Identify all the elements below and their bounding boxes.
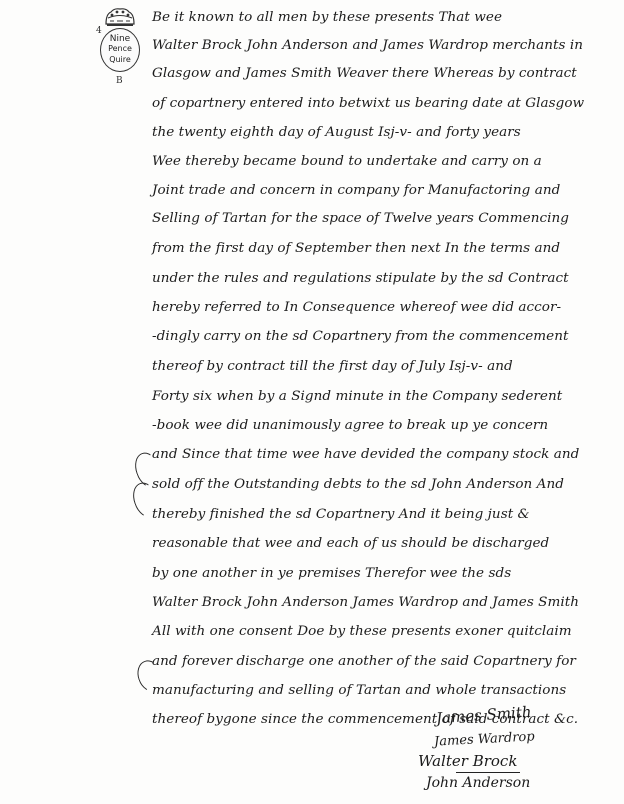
body-line: Selling of Tartan for the space of Twelv… bbox=[152, 211, 607, 226]
crown-icon bbox=[102, 6, 138, 28]
signature-underline bbox=[456, 772, 520, 773]
document-page: 4 Nine Pence Quire B Be it known to all … bbox=[0, 0, 624, 804]
body-line: Wee thereby became bound to undertake an… bbox=[152, 154, 607, 169]
body-line: Walter Brock John Anderson James Wardrop… bbox=[152, 595, 607, 610]
body-line: Forty six when by a Signd minute in the … bbox=[152, 389, 607, 404]
body-line: hereby referred to In Consequence whereo… bbox=[152, 300, 607, 315]
body-line: reasonable that wee and each of us shoul… bbox=[152, 536, 607, 551]
body-line: Walter Brock John Anderson and James War… bbox=[152, 38, 607, 53]
body-line: Glasgow and James Smith Weaver there Whe… bbox=[152, 66, 607, 81]
signature-john-anderson: John Anderson bbox=[426, 775, 530, 791]
body-line: thereof by contract till the first day o… bbox=[152, 359, 607, 374]
body-line: the twenty eighth day of August Isj-v- a… bbox=[152, 125, 607, 140]
body-line: sold off the Outstanding debts to the sd… bbox=[152, 477, 607, 492]
body-line: Joint trade and concern in company for M… bbox=[152, 183, 607, 198]
stamp-line-2: Pence bbox=[101, 44, 139, 54]
stamp-line-3: Quire bbox=[101, 55, 139, 65]
body-line: by one another in ye premises Therefor w… bbox=[152, 566, 607, 581]
signature-walter-brock: Walter Brock bbox=[418, 752, 517, 770]
body-line: and forever discharge one another of the… bbox=[152, 654, 607, 669]
body-line: -book wee did unanimously agree to break… bbox=[152, 418, 607, 433]
stamp-disc: Nine Pence Quire bbox=[100, 28, 140, 72]
body-line: under the rules and regulations stipulat… bbox=[152, 271, 607, 286]
stamp-letter: B bbox=[116, 76, 123, 86]
signature-james-wardrop: James Wardrop bbox=[434, 729, 535, 749]
body-line: thereby finished the sd Copartnery And i… bbox=[152, 507, 607, 522]
stamp-line-1: Nine bbox=[101, 34, 139, 44]
duty-stamp: 4 Nine Pence Quire B bbox=[96, 6, 144, 96]
body-line: Be it known to all men by these presents… bbox=[152, 10, 607, 25]
body-line: and Since that time wee have devided the… bbox=[152, 447, 607, 462]
body-line: thereof bygone since the commencement of… bbox=[152, 712, 607, 727]
body-line: All with one consent Doe by these presen… bbox=[152, 624, 607, 639]
body-line: of copartnery entered into betwixt us be… bbox=[152, 96, 607, 111]
body-line: manufacturing and selling of Tartan and … bbox=[152, 683, 607, 698]
body-line: -dingly carry on the sd Copartnery from … bbox=[152, 329, 607, 344]
body-line: from the first day of September then nex… bbox=[152, 241, 607, 256]
